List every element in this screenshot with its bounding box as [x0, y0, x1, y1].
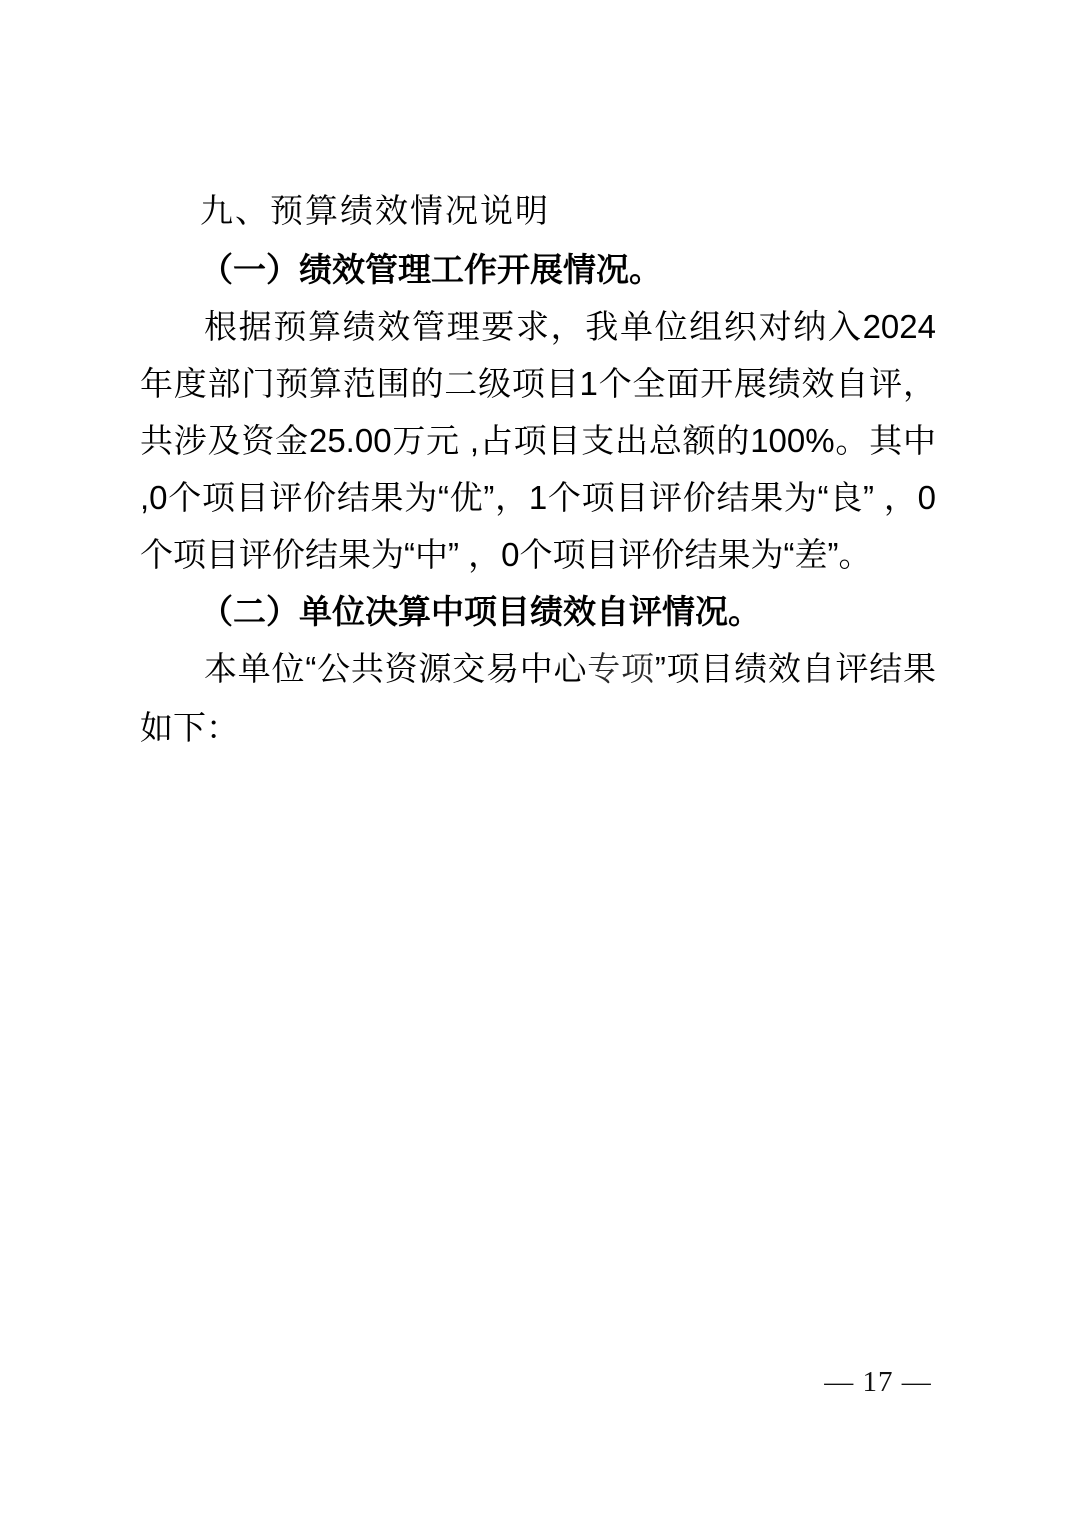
document-page: 九、预算绩效情况说明 （一）绩效管理工作开展情况。 根据预算绩效管理要求，我单位… [0, 0, 1074, 1520]
subsection-2-special-term: 专项 [587, 652, 655, 688]
section-heading: 九、预算绩效情况说明 [140, 184, 936, 241]
document-content: 九、预算绩效情况说明 （一）绩效管理工作开展情况。 根据预算绩效管理要求，我单位… [140, 184, 936, 756]
subsection-1-paragraph: 根据预算绩效管理要求，我单位组织对纳入2024年度部门预算范围的二级项目1个全面… [140, 298, 936, 583]
subsection-2-heading: （二）单位决算中项目绩效自评情况。 [140, 583, 936, 640]
subsection-1-heading: （一）绩效管理工作开展情况。 [140, 241, 936, 298]
page-number: — 17 — [818, 1364, 938, 1400]
subsection-2-text-prefix: 本单位“公共资源交易中心 [204, 650, 587, 687]
subsection-2-paragraph: 本单位“公共资源交易中心专项”项目绩效自评结果如下： [140, 640, 936, 756]
